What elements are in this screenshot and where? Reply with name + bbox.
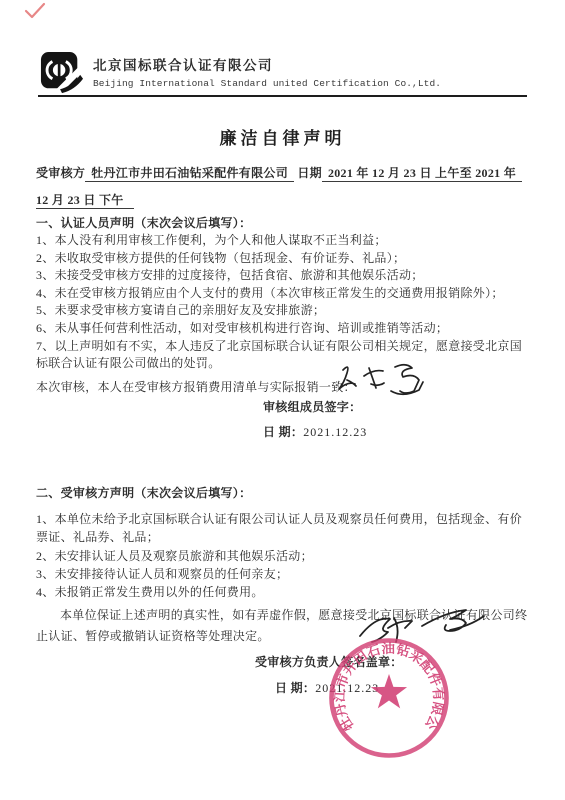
auditee-label: 受审核方	[36, 166, 85, 180]
section1-body: 1、本人没有利用审核工作便利，为个人和他人谋取不正当利益； 2、未收取受审核方提…	[36, 232, 530, 442]
section2-item: 1、本单位未给予北京国标联合认证有限公司认证人员及观察员任何费用，包括现金、有价…	[36, 510, 530, 546]
section2-heading: 二、受审核方声明（末次会议后填写）：	[36, 484, 530, 502]
audit-date-line1: 2021 年 12 月 23 日 上午至 2021 年	[322, 166, 522, 182]
section1-item: 1、本人没有利用审核工作便利，为个人和他人谋取不正当利益；	[36, 232, 530, 250]
auditor-date-value: 2021.12.23	[303, 425, 367, 439]
company-name-en: Beijing International Standard united Ce…	[93, 78, 441, 89]
section2-item: 3、未安排接待认证人员和观察员的任何亲友；	[36, 565, 530, 583]
section1-item: 3、未接受受审核方安排的过度接待，包括食宿、旅游和其他娱乐活动；	[36, 267, 530, 285]
section1-item: 4、未在受审核方报销应由个人支付的费用（本次审核正常发生的交通费用报销除外）；	[36, 285, 530, 303]
section1-item: 5、未要求受审核方宴请自己的亲朋好友及安排旅游；	[36, 302, 530, 320]
section2: 二、受审核方声明（末次会议后填写）： 1、本单位未给予北京国标联合认证有限公司认…	[36, 484, 530, 697]
auditor-signature-row: 审核组成员签字：	[36, 399, 530, 423]
auditee-date-row: 日 期：2021.12.23	[36, 679, 530, 697]
red-check-mark	[24, 2, 46, 20]
party-and-date: 受审核方牡丹江市井田石油钻采配件有限公司 日期2021 年 12 月 23 日 …	[36, 160, 530, 214]
header-divider	[38, 95, 527, 97]
auditor-signature-handwriting	[333, 360, 429, 404]
auditor-date-label: 日 期：	[263, 425, 303, 439]
expense-consistency-note: 本次审核，本人在受审核方报销费用清单与实际报销一致：	[36, 379, 530, 397]
document-title: 廉洁自律声明	[0, 124, 565, 149]
certification-company-logo-icon	[40, 51, 84, 95]
letterhead: 北京国标联合认证有限公司 Beijing International Stand…	[40, 50, 535, 94]
document-page: 北京国标联合认证有限公司 Beijing International Stand…	[0, 0, 565, 800]
date-label: 日期	[297, 166, 322, 180]
auditee-date-label: 日 期：	[275, 681, 315, 695]
audit-date-line2: 12 月 23 日 下午	[36, 193, 134, 209]
section2-item: 2、未安排认证人员及观察员旅游和其他娱乐活动；	[36, 547, 530, 565]
company-name-cn: 北京国标联合认证有限公司	[93, 50, 441, 74]
section1-item: 2、未收取受审核方提供的任何钱物（包括现金、有价证券、礼品）；	[36, 250, 530, 268]
section2-item: 4、未报销正常发生费用以外的任何费用。	[36, 583, 530, 601]
auditor-date-row: 日 期：2021.12.23	[36, 424, 530, 442]
svg-text:牡丹江市井田石油钻采配件有限公司: 牡丹江市井田石油钻采配件有限公司	[324, 633, 446, 733]
letterhead-names: 北京国标联合认证有限公司 Beijing International Stand…	[93, 50, 441, 89]
company-seal-icon: 牡丹江市井田石油钻采配件有限公司	[324, 633, 454, 763]
section1-item: 7、以上声明如有不实，本人违反了北京国标联合认证有限公司相关规定，愿意接受北京国…	[36, 338, 530, 373]
auditee-signature-row: 受审核方负责人签名盖章：	[36, 653, 530, 677]
seal-star	[371, 674, 407, 708]
auditee-name: 牡丹江市井田石油钻采配件有限公司	[85, 166, 294, 182]
section1-item: 6、未从事任何营利性活动，如对受审核机构进行咨询、培训或推销等活动；	[36, 320, 530, 338]
section1-heading: 一、认证人员声明（末次会议后填写）：	[36, 214, 530, 231]
